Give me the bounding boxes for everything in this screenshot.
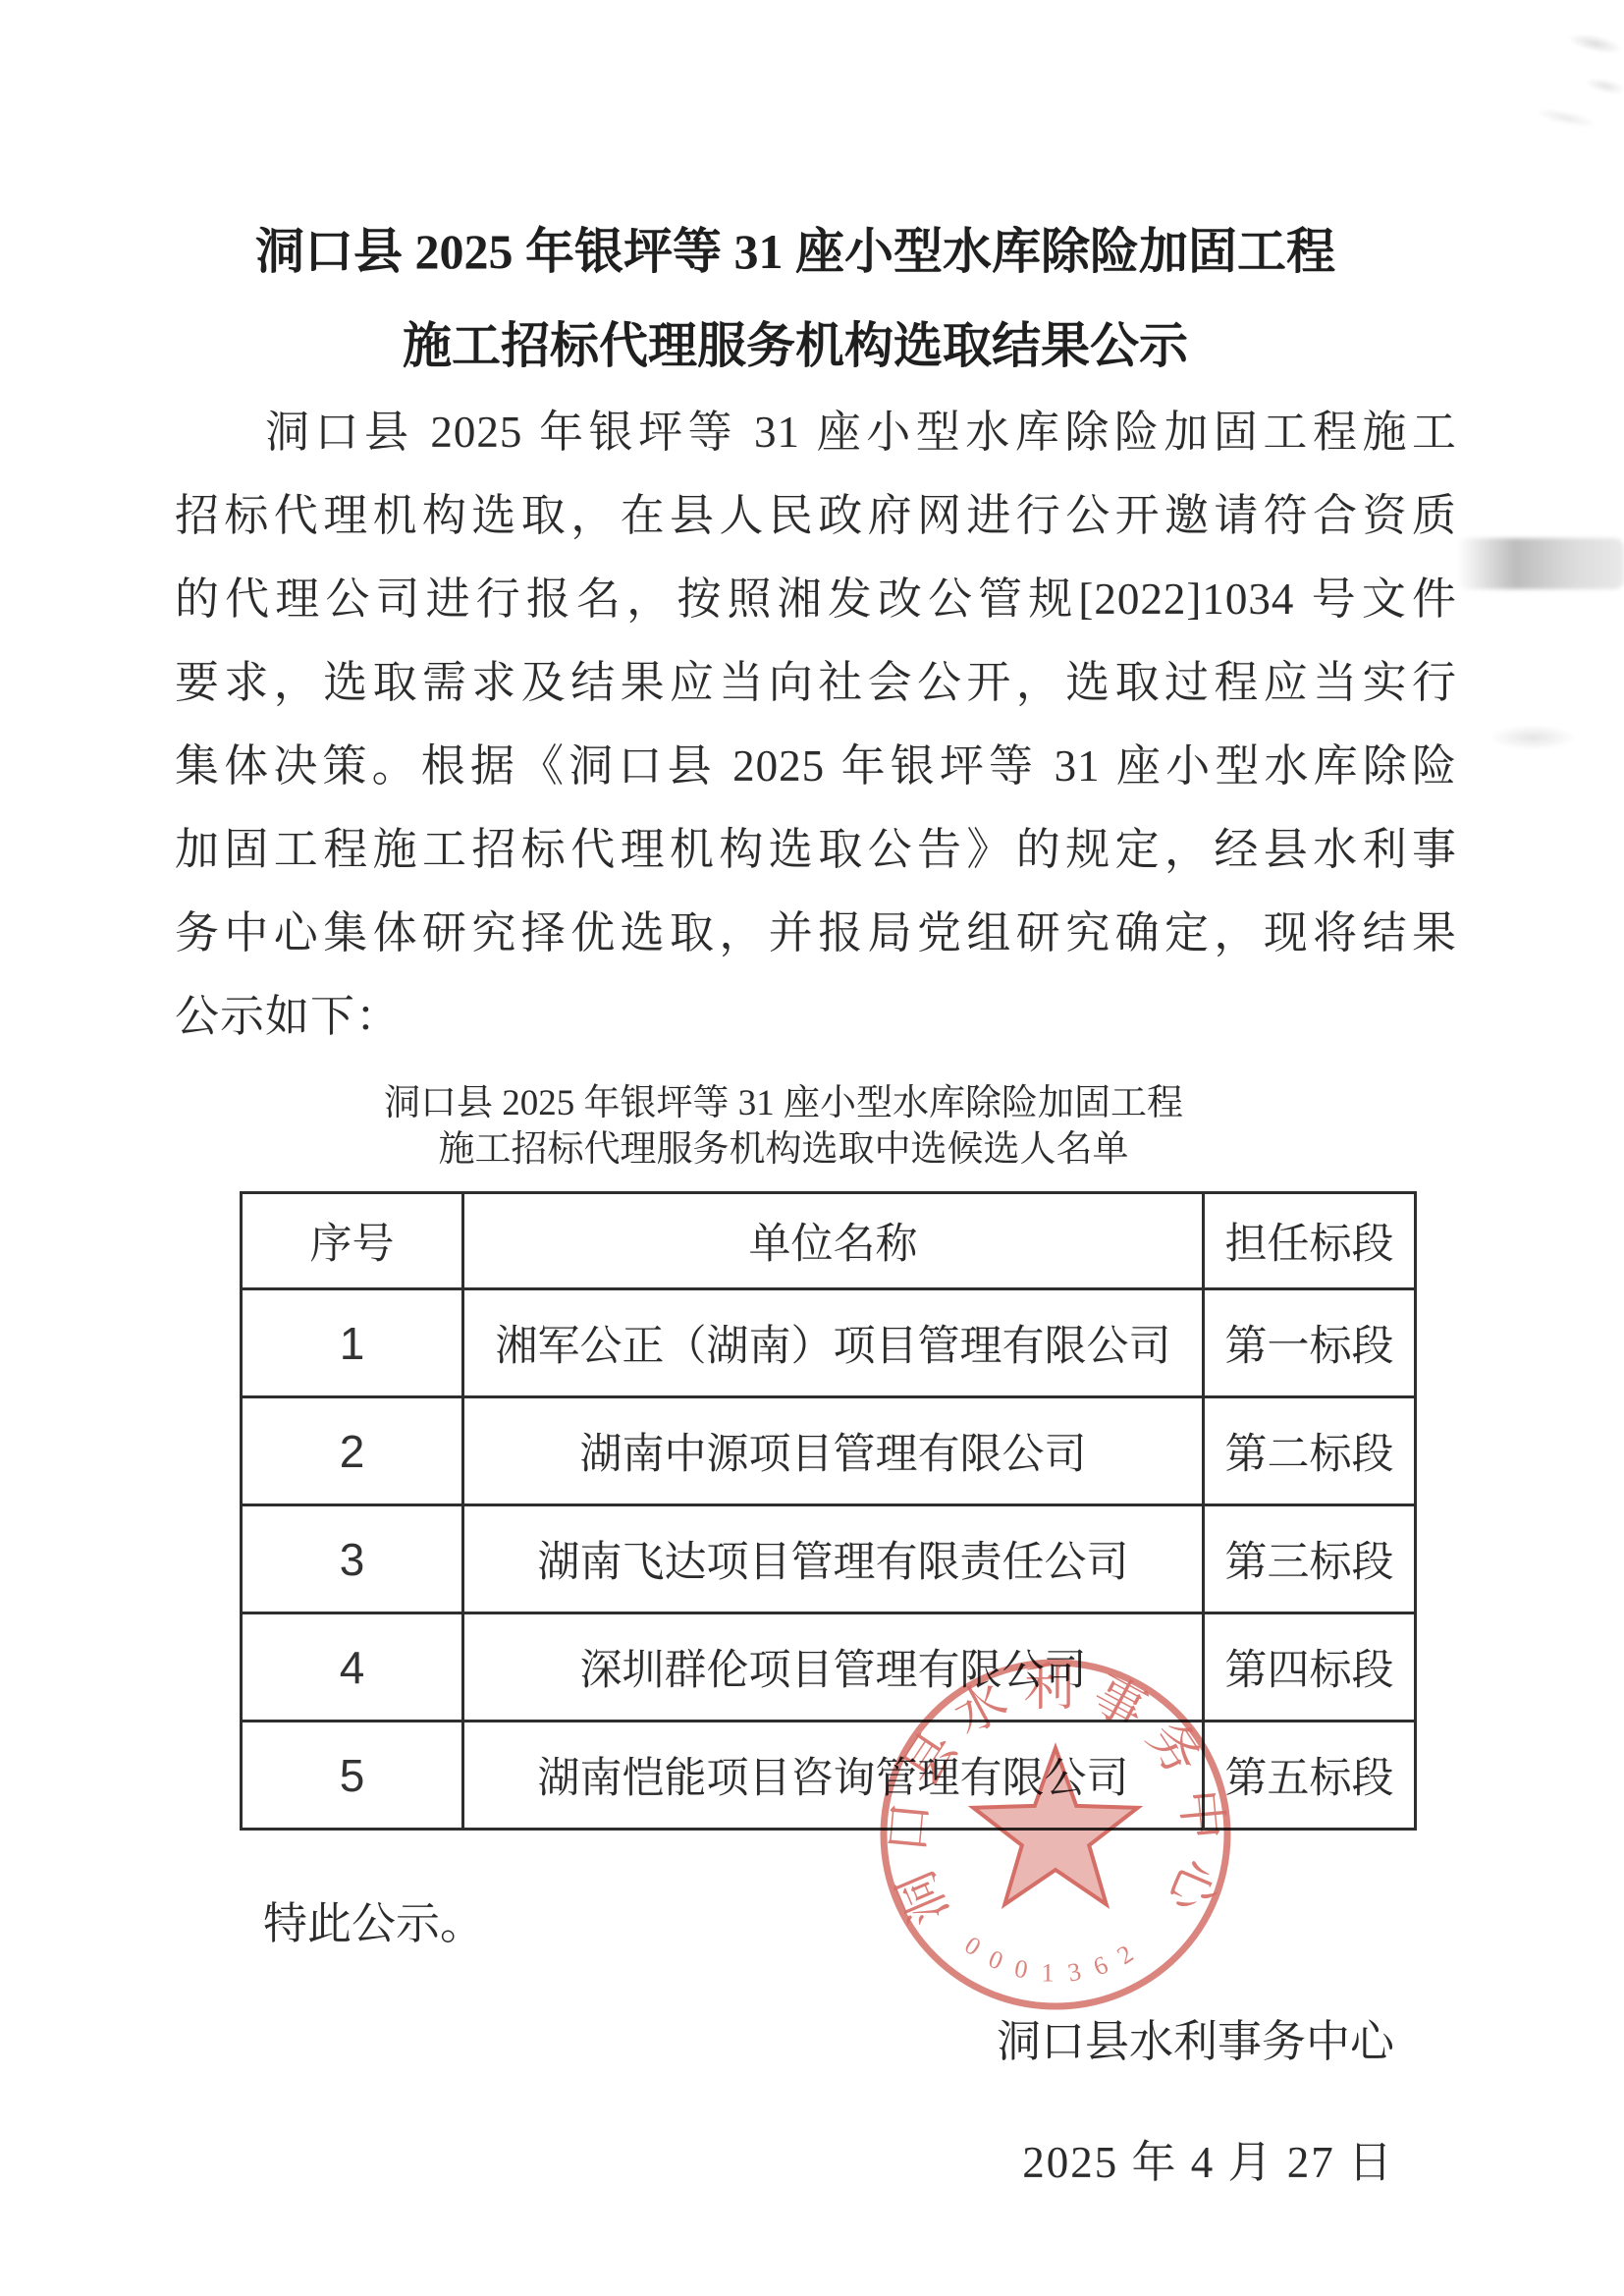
body-line: 公示如下： bbox=[175, 975, 1457, 1059]
seal-serial-number: 0001362 bbox=[959, 1931, 1151, 1988]
company-cell: 湖南中源项目管理有限公司 bbox=[463, 1397, 1204, 1505]
scan-artifact-corner bbox=[1482, 0, 1624, 175]
table-row: 2 湖南中源项目管理有限公司 第二标段 bbox=[242, 1397, 1416, 1505]
body-line: 要求，选取需求及结果应当向社会公开，选取过程应当实行 bbox=[175, 641, 1457, 725]
body-line: 加固工程施工招标代理机构选取公告》的规定，经县水利事 bbox=[175, 808, 1457, 892]
table-header-cell-company: 单位名称 bbox=[463, 1193, 1204, 1289]
scan-artifact-streak bbox=[1457, 538, 1624, 589]
table-row: 1 湘军公正（湖南）项目管理有限公司 第一标段 bbox=[242, 1289, 1416, 1397]
body-line: 洞口县 2025 年银坪等 31 座小型水库除险加固工程施工 bbox=[175, 391, 1457, 474]
body-line: 招标代理机构选取，在县人民政府网进行公开邀请符合资质 bbox=[175, 474, 1457, 558]
table-caption-line2: 施工招标代理服务机构选取中选候选人名单 bbox=[175, 1126, 1392, 1173]
section-cell: 第三标段 bbox=[1204, 1505, 1416, 1613]
section-cell: 第一标段 bbox=[1204, 1289, 1416, 1397]
section-cell: 第二标段 bbox=[1204, 1397, 1416, 1505]
body-line: 务中心集体研究择优选取，并报局党组研究确定，现将结果 bbox=[175, 892, 1457, 975]
document-title: 洞口县 2025 年银坪等 31 座小型水库除险加固工程 施工招标代理服务机构选… bbox=[157, 216, 1434, 381]
signature-date: 2025 年 4 月 27 日 bbox=[997, 2126, 1394, 2190]
company-cell: 湘军公正（湖南）项目管理有限公司 bbox=[463, 1289, 1204, 1397]
table-header-cell-section: 担任标段 bbox=[1204, 1193, 1416, 1289]
serial-cell: 5 bbox=[242, 1722, 463, 1830]
seal-star-icon bbox=[973, 1748, 1137, 1904]
table-header-row: 序号 单位名称 担任标段 bbox=[242, 1193, 1416, 1289]
table-row: 3 湖南飞达项目管理有限责任公司 第三标段 bbox=[242, 1505, 1416, 1613]
company-cell: 湖南飞达项目管理有限责任公司 bbox=[463, 1505, 1204, 1613]
body-line: 集体决策。根据《洞口县 2025 年银坪等 31 座小型水库除险 bbox=[175, 725, 1457, 808]
official-seal: 洞口县水利事务中心 0001362 bbox=[869, 1648, 1242, 2021]
serial-cell: 3 bbox=[242, 1505, 463, 1613]
closing-statement: 特此公示。 bbox=[263, 1887, 484, 1951]
table-caption-line1: 洞口县 2025 年银坪等 31 座小型水库除险加固工程 bbox=[175, 1080, 1392, 1126]
body-line: 的代理公司进行报名，按照湘发改公管规[2022]1034 号文件 bbox=[175, 558, 1457, 641]
document-title-line1: 洞口县 2025 年银坪等 31 座小型水库除险加固工程 bbox=[157, 216, 1434, 287]
serial-cell: 1 bbox=[242, 1289, 463, 1397]
official-seal-graphic: 洞口县水利事务中心 0001362 bbox=[869, 1648, 1242, 2021]
serial-cell: 4 bbox=[242, 1613, 463, 1722]
body-paragraph: 洞口县 2025 年银坪等 31 座小型水库除险加固工程施工 招标代理机构选取，… bbox=[175, 391, 1457, 1059]
signature-block: 洞口县水利事务中心 2025 年 4 月 27 日 bbox=[997, 2005, 1394, 2190]
table-caption: 洞口县 2025 年银坪等 31 座小型水库除险加固工程 施工招标代理服务机构选… bbox=[175, 1080, 1392, 1173]
document-title-line2: 施工招标代理服务机构选取结果公示 bbox=[157, 310, 1434, 381]
serial-cell: 2 bbox=[242, 1397, 463, 1505]
table-header-cell-no: 序号 bbox=[242, 1193, 463, 1289]
document-page: 洞口县 2025 年银坪等 31 座小型水库除险加固工程 施工招标代理服务机构选… bbox=[0, 0, 1624, 2296]
scan-artifact-dot bbox=[1489, 725, 1577, 750]
